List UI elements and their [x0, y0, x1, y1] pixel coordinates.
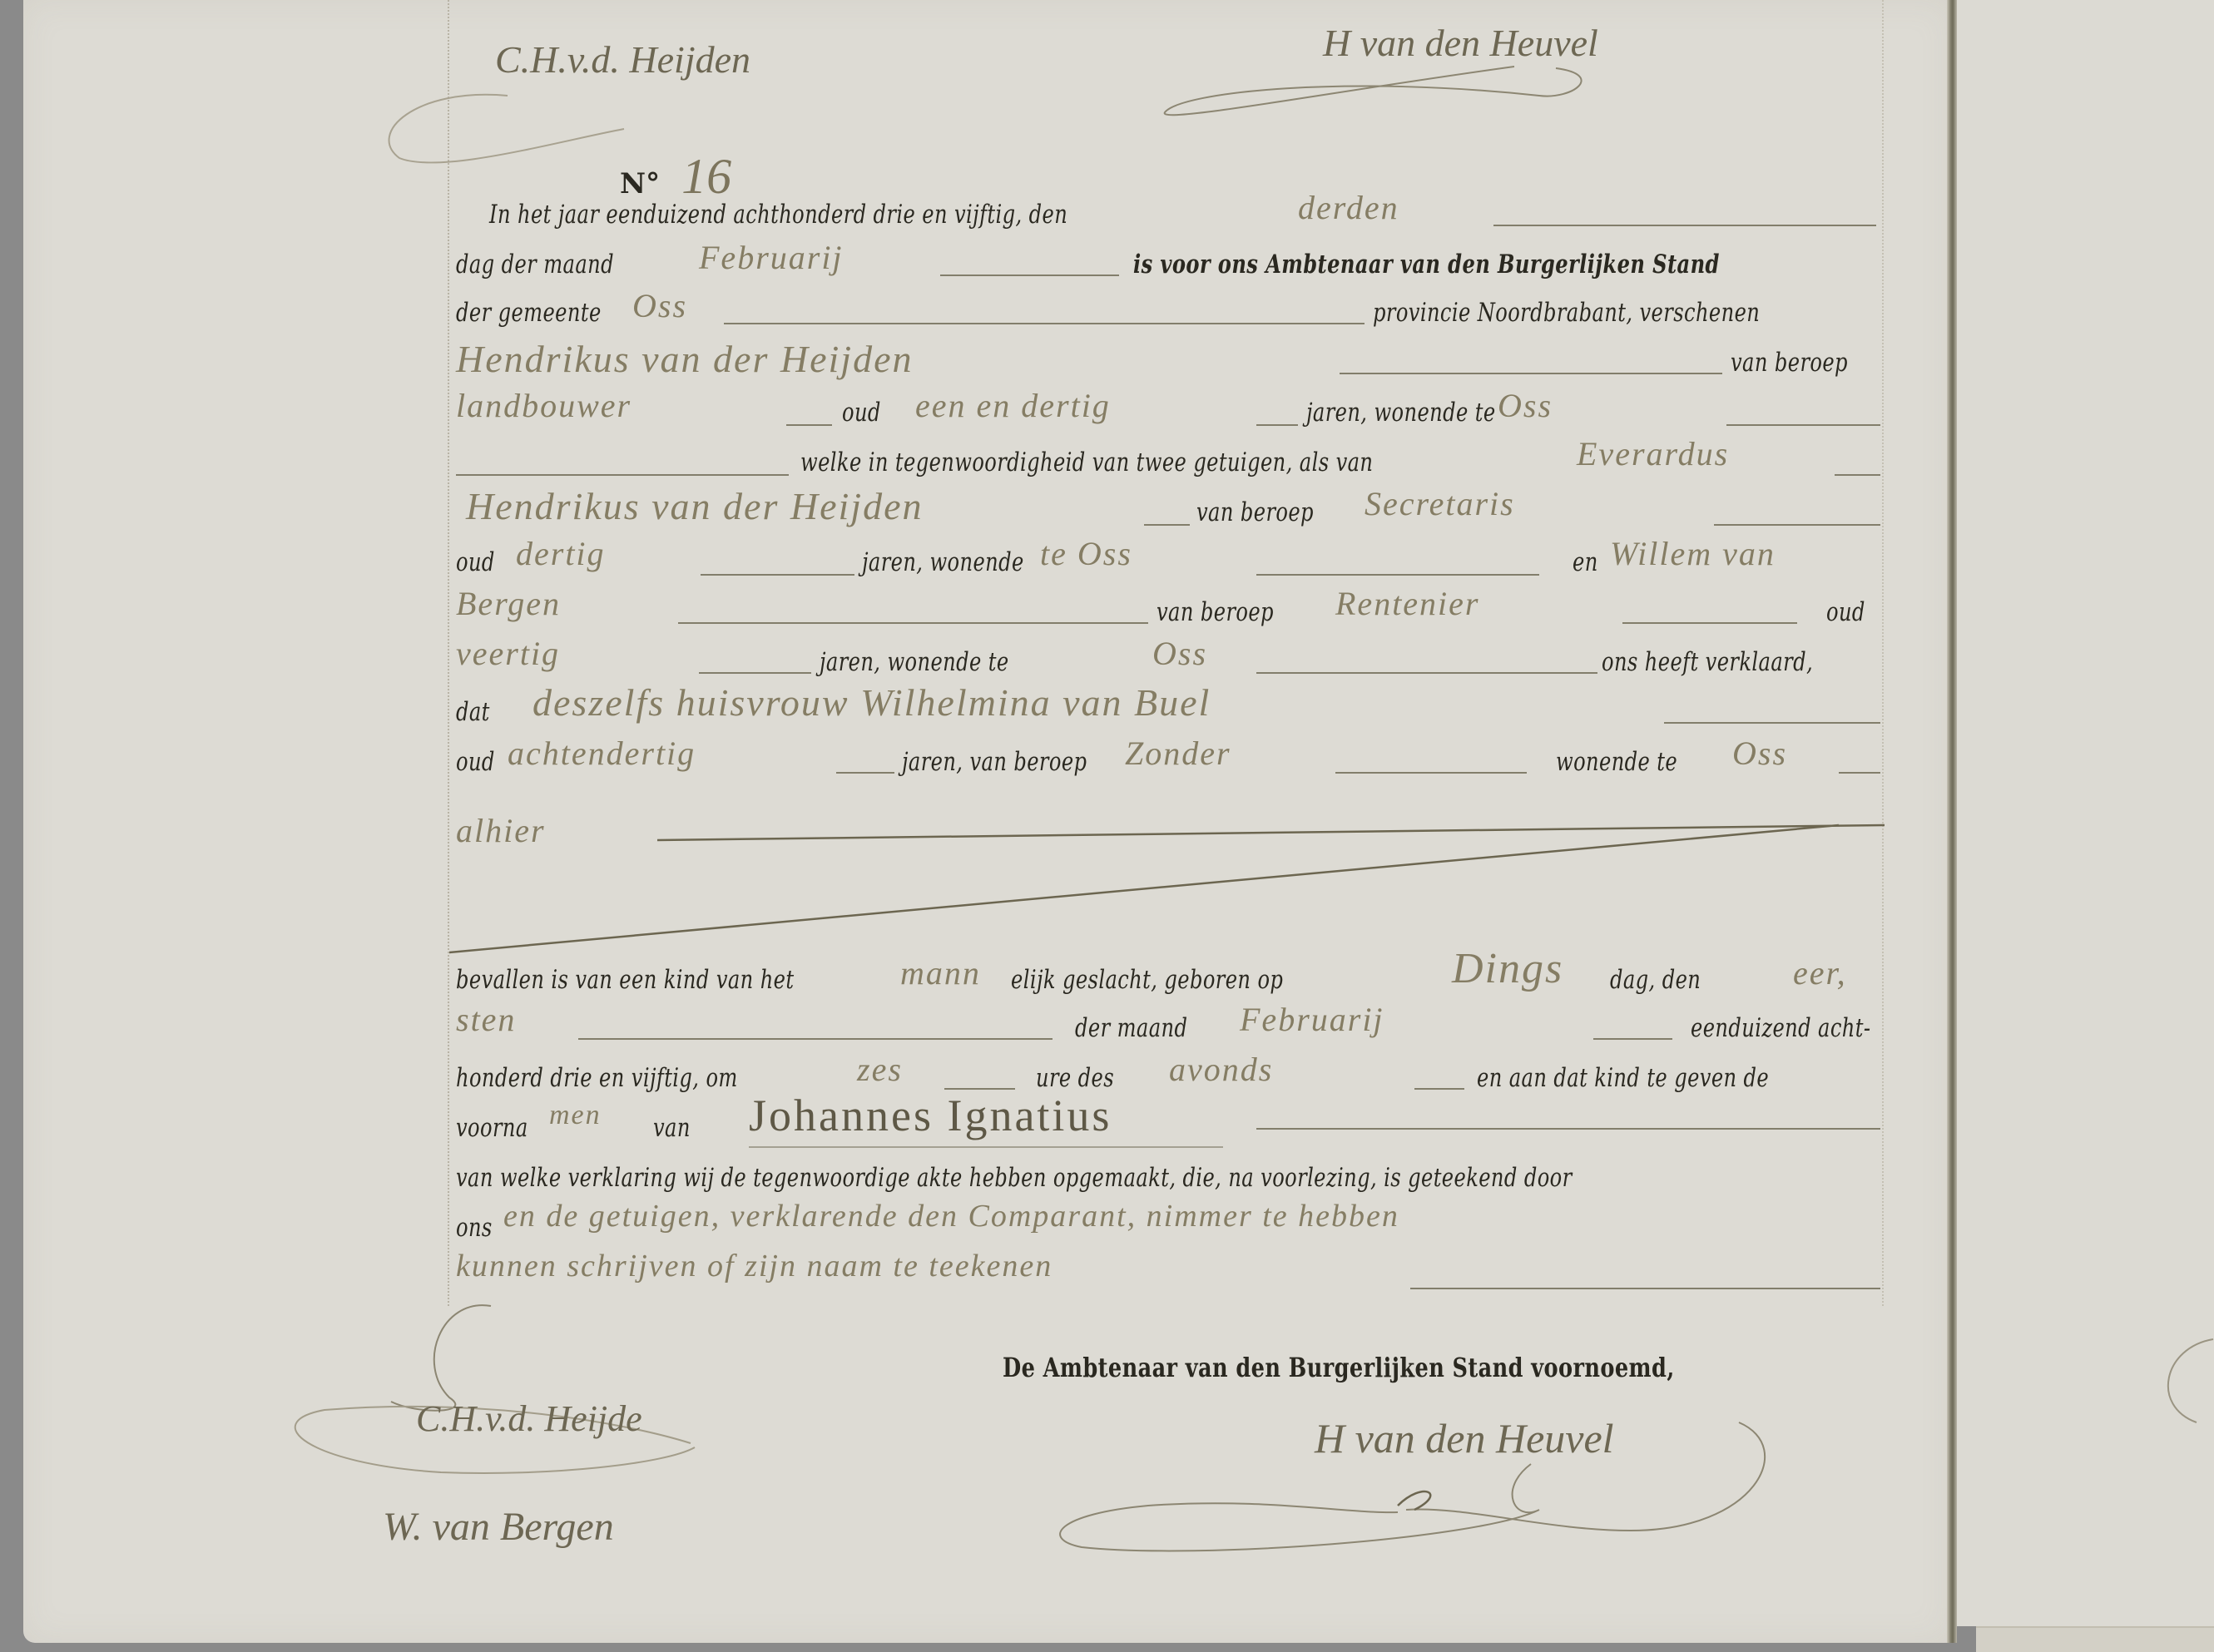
printed-text: voorna [456, 1113, 528, 1143]
printed-text: oud [1826, 597, 1865, 627]
printed-text: provincie Noordbrabant, verschenen [1373, 298, 1760, 328]
fill-line [836, 772, 894, 774]
fill-line [1493, 225, 1876, 226]
printed-text: van [653, 1113, 691, 1143]
act-number-value: 16 [681, 149, 731, 204]
handwritten-mother-occupation: Zonder [1125, 734, 1231, 773]
child-name-underline [749, 1146, 1223, 1148]
fill-line [678, 622, 1148, 624]
handwritten-father-age: een en dertig [915, 386, 1111, 425]
signature-flourish-official [1048, 1414, 1797, 1564]
fill-line [1622, 622, 1797, 624]
handwritten-birth-hour: zes [857, 1050, 903, 1089]
handwritten-witness1-name: Hendrikus van der Heijden [466, 484, 924, 528]
fill-line [1835, 474, 1880, 476]
printed-text: dag der maand [456, 250, 614, 279]
printed-text: welke in tegenwoordigheid van twee getui… [800, 448, 1373, 477]
printed-text: is voor ons Ambtenaar van den Burgerlijk… [1133, 250, 1720, 279]
fill-line [724, 323, 1365, 324]
printed-text: oud [456, 747, 495, 777]
fill-line [1664, 722, 1880, 724]
fill-line [1839, 772, 1880, 774]
printed-text: bevallen is van een kind van het [456, 965, 794, 995]
printed-text: dat [456, 697, 490, 727]
fill-line [1144, 524, 1190, 526]
handwritten-mother-age: achtendertig [508, 734, 696, 773]
handwritten-witness1-firstname: Everardus [1577, 434, 1729, 473]
fill-line [1256, 574, 1539, 576]
fill-line [1414, 1088, 1464, 1090]
handwritten-witness2-surname: Bergen [456, 584, 561, 623]
handwritten-witness1-age: dertig [516, 534, 606, 573]
signature-flourish-top-left [366, 83, 649, 175]
handwritten-month: Februarij [699, 238, 844, 277]
fill-line [940, 275, 1119, 276]
printed-text: jaren, wonende te [1306, 398, 1496, 428]
handwritten-witness2-occupation: Rentenier [1335, 584, 1480, 623]
handwritten-declaration-cont: kunnen schrijven of zijn naam te teekene… [456, 1248, 1053, 1284]
handwritten-witness2-residence: Oss [1152, 634, 1207, 673]
official-closing-text: De Ambtenaar van den Burgerlijken Stand … [1003, 1352, 1675, 1383]
handwritten-witness2-age: veertig [456, 634, 560, 673]
fill-line [1410, 1288, 1880, 1289]
printed-text: oud [842, 398, 881, 428]
printed-text: der maand [1075, 1013, 1187, 1043]
handwritten-child-name: Johannes Ignatius [749, 1090, 1112, 1141]
printed-text: ons [456, 1213, 493, 1243]
signature-witness2: W. van Bergen [383, 1504, 614, 1550]
underlying-sheet-edge [1976, 1626, 2214, 1652]
printed-text: oud [456, 547, 495, 577]
fill-line [1256, 424, 1298, 426]
fill-line [1256, 672, 1597, 674]
fill-line [1335, 772, 1527, 774]
handwritten-birth-month: Februarij [1240, 1000, 1384, 1039]
handwritten-birth-day-part2: sten [456, 1000, 516, 1039]
fill-line [701, 574, 854, 576]
handwritten-witness2-firstname: Willem van [1610, 534, 1776, 573]
handwritten-witness1-occupation: Secretaris [1365, 484, 1515, 523]
signature-flourish-right-page [2155, 1331, 2214, 1431]
handwritten-sex: mann [900, 953, 981, 992]
strike-through-lines [449, 815, 1889, 957]
printed-text: jaren, wonende [862, 547, 1024, 577]
handwritten-mother-residence: Oss [1732, 734, 1787, 773]
fill-line [578, 1038, 1053, 1040]
handwritten-mother-name: deszelfs huisvrouw Wilhelmina van Buel [532, 680, 1211, 725]
handwritten-day: derden [1298, 188, 1399, 227]
printed-text: der gemeente [456, 298, 602, 328]
fill-line [1340, 373, 1722, 374]
printed-text: eenduizend acht- [1691, 1013, 1870, 1043]
fill-line [1714, 524, 1880, 526]
act-number: N° 16 [620, 148, 731, 205]
handwritten-weekday: Dings [1452, 944, 1563, 993]
printed-text: jaren, wonende te [820, 647, 1009, 677]
fill-line [456, 474, 789, 476]
bleed-through-text [125, 1131, 131, 1156]
printed-text: honderd drie en vijftig, om [456, 1063, 738, 1093]
handwritten-birth-day-part1: eer, [1793, 953, 1847, 992]
printed-text: dag, den [1610, 965, 1701, 995]
fill-line [786, 424, 832, 426]
printed-text: elijk geslacht, geboren op [1011, 965, 1283, 995]
printed-text: van beroep [1196, 497, 1314, 527]
handwritten-declaration: en de getuigen, verklarende den Comparan… [503, 1198, 1399, 1234]
handwritten-witness1-residence: te Oss [1040, 534, 1132, 573]
printed-text: ure des [1036, 1063, 1114, 1093]
fill-line [699, 672, 811, 674]
printed-text: van beroep [1157, 597, 1274, 627]
printed-text: ons heeft verklaard, [1602, 647, 1813, 677]
handwritten-men: men [549, 1100, 602, 1131]
handwritten-father-name: Hendrikus van der Heijden [456, 337, 914, 381]
handwritten-municipality: Oss [632, 286, 687, 325]
book-gutter [1947, 0, 1957, 1643]
signature-top-left: C.H.v.d. Heijden [495, 37, 750, 82]
right-margin-rule [1882, 0, 1885, 1306]
fill-line [1593, 1038, 1672, 1040]
fill-line [1256, 1128, 1880, 1130]
handwritten-time-of-day: avonds [1169, 1050, 1273, 1089]
left-margin-rule [448, 0, 450, 1306]
act-number-label: N° [620, 167, 660, 200]
printed-text: en [1573, 547, 1598, 577]
printed-text: van beroep [1731, 348, 1848, 378]
signature-witness1: C.H.v.d. Heijde [416, 1397, 642, 1440]
printed-text: In het jaar eenduizend achthonderd drie … [489, 200, 1067, 230]
handwritten-father-occupation: landbouwer [456, 386, 632, 425]
printed-text: wonende te [1556, 747, 1677, 777]
printed-text: jaren, van beroep [902, 747, 1087, 777]
fill-line [1726, 424, 1880, 426]
signature-flourish-top-right [1140, 58, 1606, 133]
printed-text: van welke verklaring wij de tegenwoordig… [456, 1163, 1573, 1193]
handwritten-father-residence: Oss [1498, 386, 1553, 425]
printed-text: en aan dat kind te geven de [1477, 1063, 1769, 1093]
